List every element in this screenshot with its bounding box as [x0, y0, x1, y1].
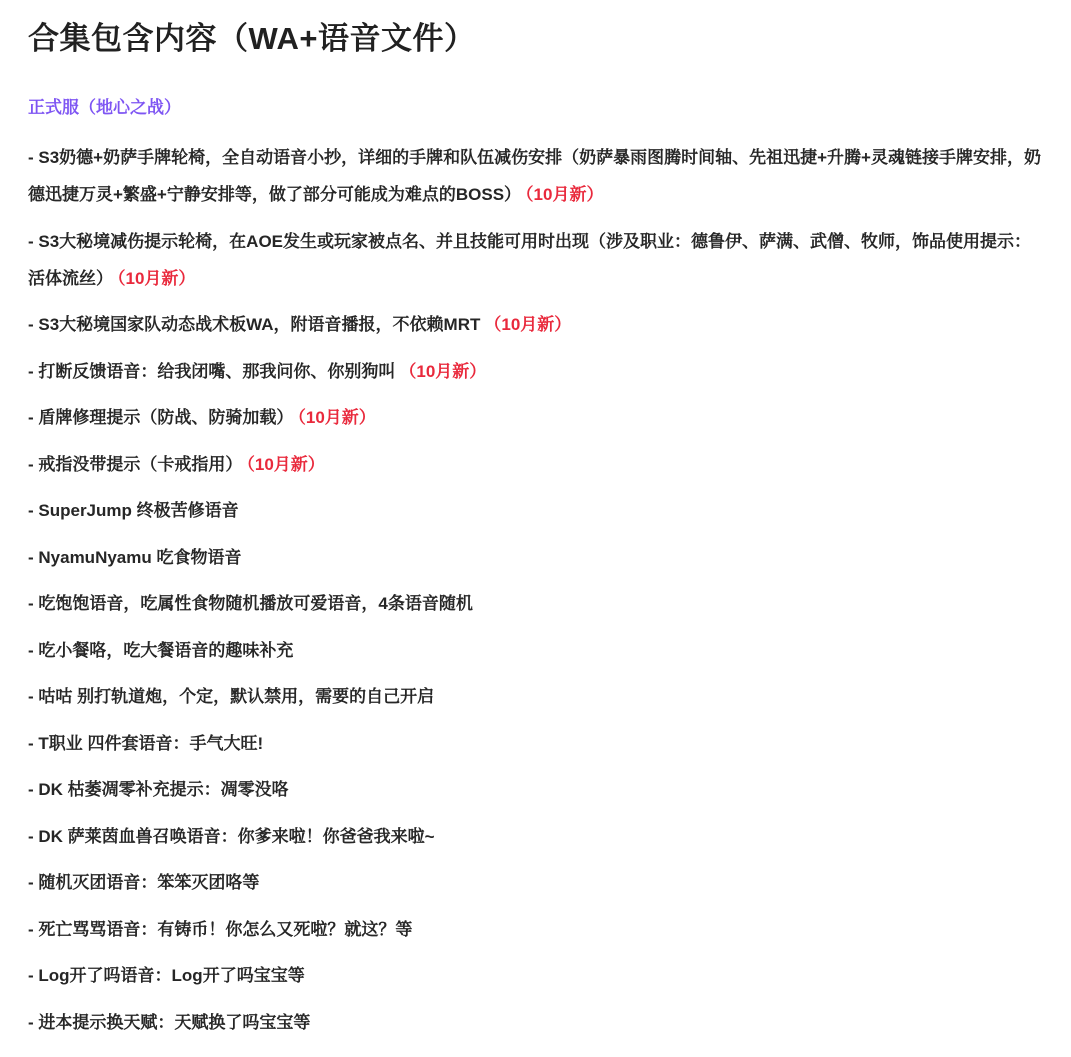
list-item-text: - 吃饱饱语音，吃属性食物随机播放可爱语音，4条语音随机 — [28, 594, 473, 613]
list-item: - 咕咕 别打轨道炮，个定，默认禁用，需要的自己开启 — [28, 678, 1041, 715]
list-item-text: - 戒指没带提示（卡戒指用） — [28, 455, 242, 474]
list-item-text: - S3大秘境国家队动态战术板WA，附语音播报，不依赖MRT — [28, 315, 480, 334]
new-tag: （10月新） — [117, 269, 195, 288]
list-item-text: - 死亡骂骂语音：有铸币！你怎么又死啦？就这？等 — [28, 920, 412, 939]
list-item: - 盾牌修理提示（防战、防骑加载）（10月新） — [28, 399, 1041, 436]
list-item: - NyamuNyamu 吃食物语音 — [28, 539, 1041, 576]
list-item: - 吃小餐咯，吃大餐语音的趣味补充 — [28, 632, 1041, 669]
section-subtitle: 正式服（地心之战） — [28, 98, 1041, 118]
new-tag: （10月新） — [399, 362, 486, 381]
list-item-text: - 打断反馈语音：给我闭嘴、那我问你、你别狗叫 — [28, 362, 395, 381]
list-item: - 吃饱饱语音，吃属性食物随机播放可爱语音，4条语音随机 — [28, 585, 1041, 622]
new-tag: （10月新） — [525, 185, 603, 204]
list-item: - SuperJump 终极苦修语音 — [28, 492, 1041, 529]
list-item-text: - 随机灭团语音：笨笨灭团咯等 — [28, 873, 259, 892]
list-item: - 进本提示换天赋：天赋换了吗宝宝等 — [28, 1004, 1041, 1041]
list-item-text: - T职业 四件套语音：手气大旺! — [28, 734, 263, 753]
list-item: - S3大秘境减伤提示轮椅，在AOE发生或玩家被点名、并且技能可用时出现（涉及职… — [28, 223, 1041, 297]
list-item-text: - 咕咕 别打轨道炮，个定，默认禁用，需要的自己开启 — [28, 687, 434, 706]
list-item-text: - DK 枯萎凋零补充提示：凋零没咯 — [28, 780, 289, 799]
list-item-text: - 进本提示换天赋：天赋换了吗宝宝等 — [28, 1013, 310, 1032]
list-item-text: - DK 萨莱茵血兽召唤语音：你爹来啦！你爸爸我来啦~ — [28, 827, 435, 846]
page-title: 合集包含内容（WA+语音文件） — [28, 20, 1041, 58]
list-item: - DK 萨莱茵血兽召唤语音：你爹来啦！你爸爸我来啦~ — [28, 818, 1041, 855]
list-item: - 随机灭团语音：笨笨灭团咯等 — [28, 864, 1041, 901]
content-page: 合集包含内容（WA+语音文件） 正式服（地心之战） - S3奶德+奶萨手牌轮椅，… — [0, 0, 1071, 1041]
list-item: - 戒指没带提示（卡戒指用）（10月新） — [28, 446, 1041, 483]
list-item-text: - 盾牌修理提示（防战、防骑加载） — [28, 408, 293, 427]
list-item: - DK 枯萎凋零补充提示：凋零没咯 — [28, 771, 1041, 808]
list-item: - S3奶德+奶萨手牌轮椅，全自动语音小抄，详细的手牌和队伍减伤安排（奶萨暴雨图… — [28, 139, 1041, 213]
list-item: - T职业 四件套语音：手气大旺! — [28, 725, 1041, 762]
content-list: - S3奶德+奶萨手牌轮椅，全自动语音小抄，详细的手牌和队伍减伤安排（奶萨暴雨图… — [28, 139, 1041, 1041]
list-item-text: - SuperJump 终极苦修语音 — [28, 501, 239, 520]
list-item-text: - 吃小餐咯，吃大餐语音的趣味补充 — [28, 641, 293, 660]
list-item-text: - NyamuNyamu 吃食物语音 — [28, 548, 241, 567]
new-tag: （10月新） — [297, 408, 375, 427]
list-item: - 死亡骂骂语音：有铸币！你怎么又死啦？就这？等 — [28, 911, 1041, 948]
list-item: - 打断反馈语音：给我闭嘴、那我问你、你别狗叫（10月新） — [28, 353, 1041, 390]
list-item: - Log开了吗语音：Log开了吗宝宝等 — [28, 957, 1041, 994]
new-tag: （10月新） — [246, 455, 324, 474]
new-tag: （10月新） — [484, 315, 571, 334]
list-item: - S3大秘境国家队动态战术板WA，附语音播报，不依赖MRT（10月新） — [28, 306, 1041, 343]
list-item-text: - Log开了吗语音：Log开了吗宝宝等 — [28, 966, 305, 985]
